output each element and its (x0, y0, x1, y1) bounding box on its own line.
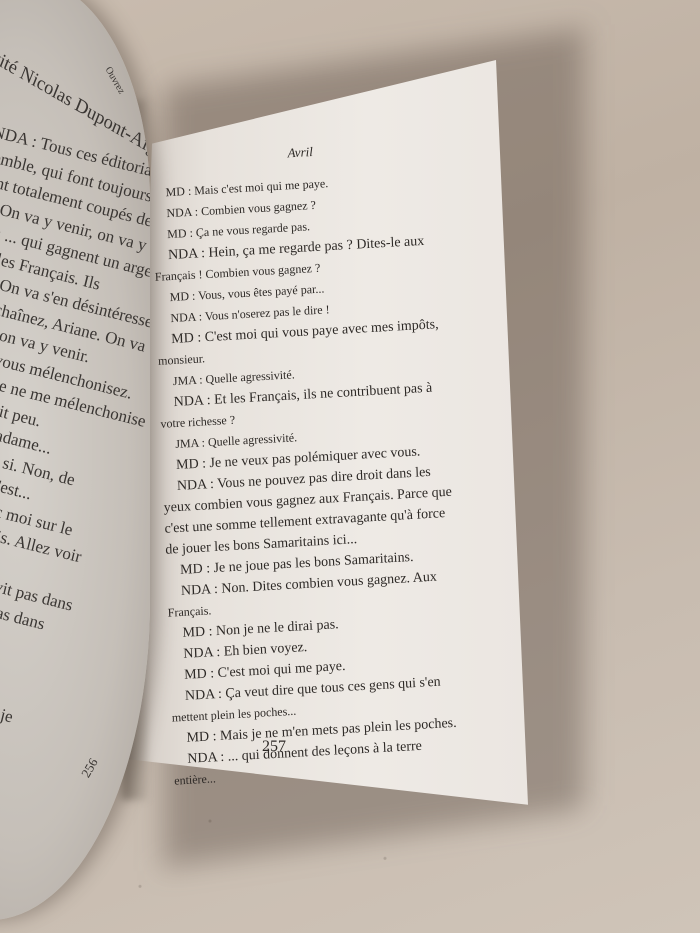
right-page-text: Avril MD : Mais c'est moi qui me paye. N… (150, 133, 474, 791)
left-page-body: NDA : Tous ces éditorialistes, semble, q… (0, 120, 150, 780)
left-running-head: Ouvrez (103, 65, 127, 96)
right-page-number: 257 (262, 738, 286, 756)
left-page-lines: NDA : Tous ces éditorialistes, semble, q… (0, 120, 150, 780)
